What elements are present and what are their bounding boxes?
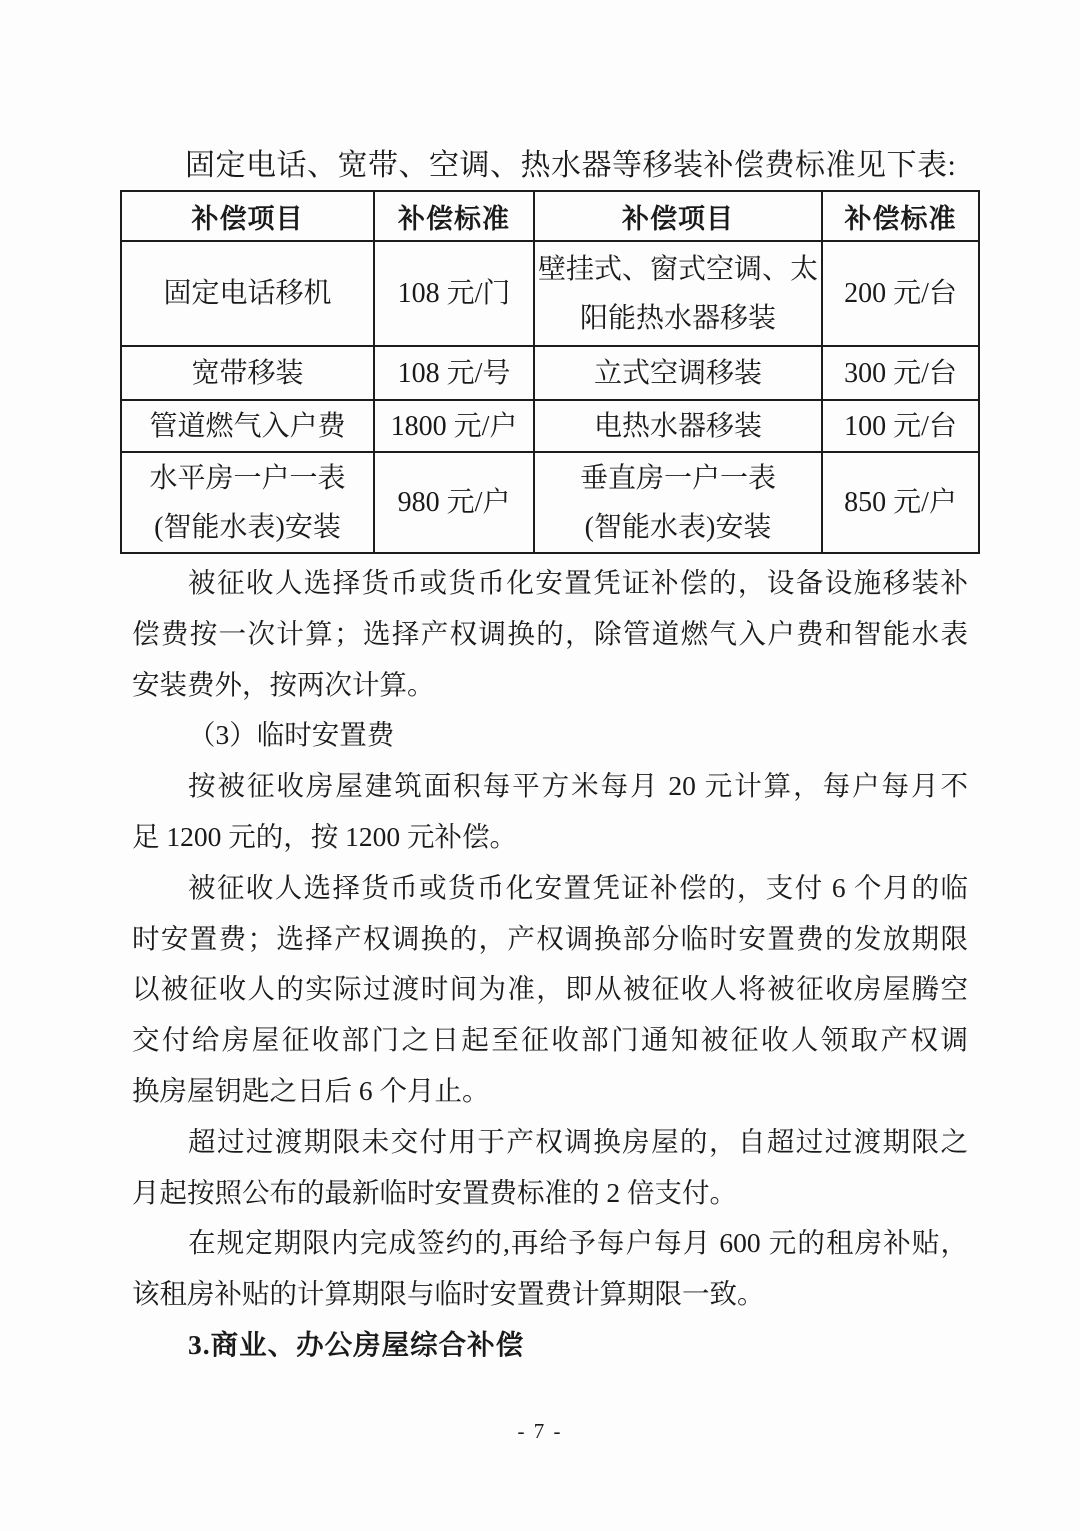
paragraph-line: 被征收人选择货币或货币化安置凭证补偿的，支付 6 个月的临	[132, 863, 968, 914]
paragraph-line: 足 1200 元的，按 1200 元补偿。	[132, 812, 968, 863]
table-header-cell: 补偿标准	[374, 191, 534, 241]
paragraph-line: 换房屋钥匙之日后 6 个月止。	[132, 1066, 968, 1117]
subsection-heading: （3）临时安置费	[132, 710, 968, 761]
table-cell-standard: 850 元/户	[822, 452, 979, 553]
body-text: 被征收人选择货币或货币化安置凭证补偿的，设备设施移装补 偿费按一次计算；选择产权…	[132, 558, 968, 1371]
table-cell-item: 管道燃气入户费	[121, 400, 374, 452]
table-header-row: 补偿项目 补偿标准 补偿项目 补偿标准	[121, 191, 979, 241]
table-cell-item: 宽带移装	[121, 346, 374, 400]
paragraph-line: 交付给房屋征收部门之日起至征收部门通知被征收人领取产权调	[132, 1015, 968, 1066]
section-heading: 3.商业、办公房屋综合补偿	[132, 1320, 968, 1371]
paragraph-line: 安装费外，按两次计算。	[132, 660, 968, 711]
paragraph-line: 超过过渡期限未交付用于产权调换房屋的，自超过过渡期限之	[132, 1117, 968, 1168]
document-page: 固定电话、宽带、空调、热水器等移装补偿费标准见下表: 补偿项目 补偿标准 补偿项…	[0, 0, 1080, 1531]
table-cell-standard: 108 元/号	[374, 346, 534, 400]
table-row: 水平房一户一表 (智能水表)安装 980 元/户 垂直房一户一表 (智能水表)安…	[121, 452, 979, 553]
table-cell-item: 立式空调移装	[534, 346, 822, 400]
page-number: - 7 -	[0, 1416, 1080, 1446]
table-cell-standard: 1800 元/户	[374, 400, 534, 452]
table-row: 管道燃气入户费 1800 元/户 电热水器移装 100 元/台	[121, 400, 979, 452]
table-cell-standard: 100 元/台	[822, 400, 979, 452]
paragraph-line: 被征收人选择货币或货币化安置凭证补偿的，设备设施移装补	[132, 558, 968, 609]
table-cell-standard: 980 元/户	[374, 452, 534, 553]
paragraph-line: 时安置费；选择产权调换的，产权调换部分临时安置费的发放期限	[132, 914, 968, 965]
paragraph-line: 月起按照公布的最新临时安置费标准的 2 倍支付。	[132, 1168, 968, 1219]
table-cell-item: 电热水器移装	[534, 400, 822, 452]
table-cell-standard: 300 元/台	[822, 346, 979, 400]
table-row: 固定电话移机 108 元/门 壁挂式、窗式空调、太 阳能热水器移装 200 元/…	[121, 241, 979, 346]
table-header-cell: 补偿项目	[534, 191, 822, 241]
table-cell-standard: 108 元/门	[374, 241, 534, 346]
paragraph-line: 按被征收房屋建筑面积每平方米每月 20 元计算，每户每月不	[132, 761, 968, 812]
table-row: 宽带移装 108 元/号 立式空调移装 300 元/台	[121, 346, 979, 400]
table-cell-item: 固定电话移机	[121, 241, 374, 346]
table-cell-item: 水平房一户一表 (智能水表)安装	[121, 452, 374, 553]
paragraph-line: 以被征收人的实际过渡时间为准，即从被征收人将被征收房屋腾空	[132, 964, 968, 1015]
table-cell-standard: 200 元/台	[822, 241, 979, 346]
paragraph-line: 该租房补贴的计算期限与临时安置费计算期限一致。	[132, 1269, 968, 1320]
table-header-cell: 补偿项目	[121, 191, 374, 241]
intro-line: 固定电话、宽带、空调、热水器等移装补偿费标准见下表:	[122, 142, 980, 190]
paragraph-line: 偿费按一次计算；选择产权调换的，除管道燃气入户费和智能水表	[132, 609, 968, 660]
compensation-table: 补偿项目 补偿标准 补偿项目 补偿标准 固定电话移机 108 元/门 壁挂式、窗…	[120, 190, 980, 554]
table-header-cell: 补偿标准	[822, 191, 979, 241]
table-cell-item: 垂直房一户一表 (智能水表)安装	[534, 452, 822, 553]
table-cell-item: 壁挂式、窗式空调、太 阳能热水器移装	[534, 241, 822, 346]
paragraph-line: 在规定期限内完成签约的,再给予每户每月 600 元的租房补贴，	[132, 1218, 968, 1269]
